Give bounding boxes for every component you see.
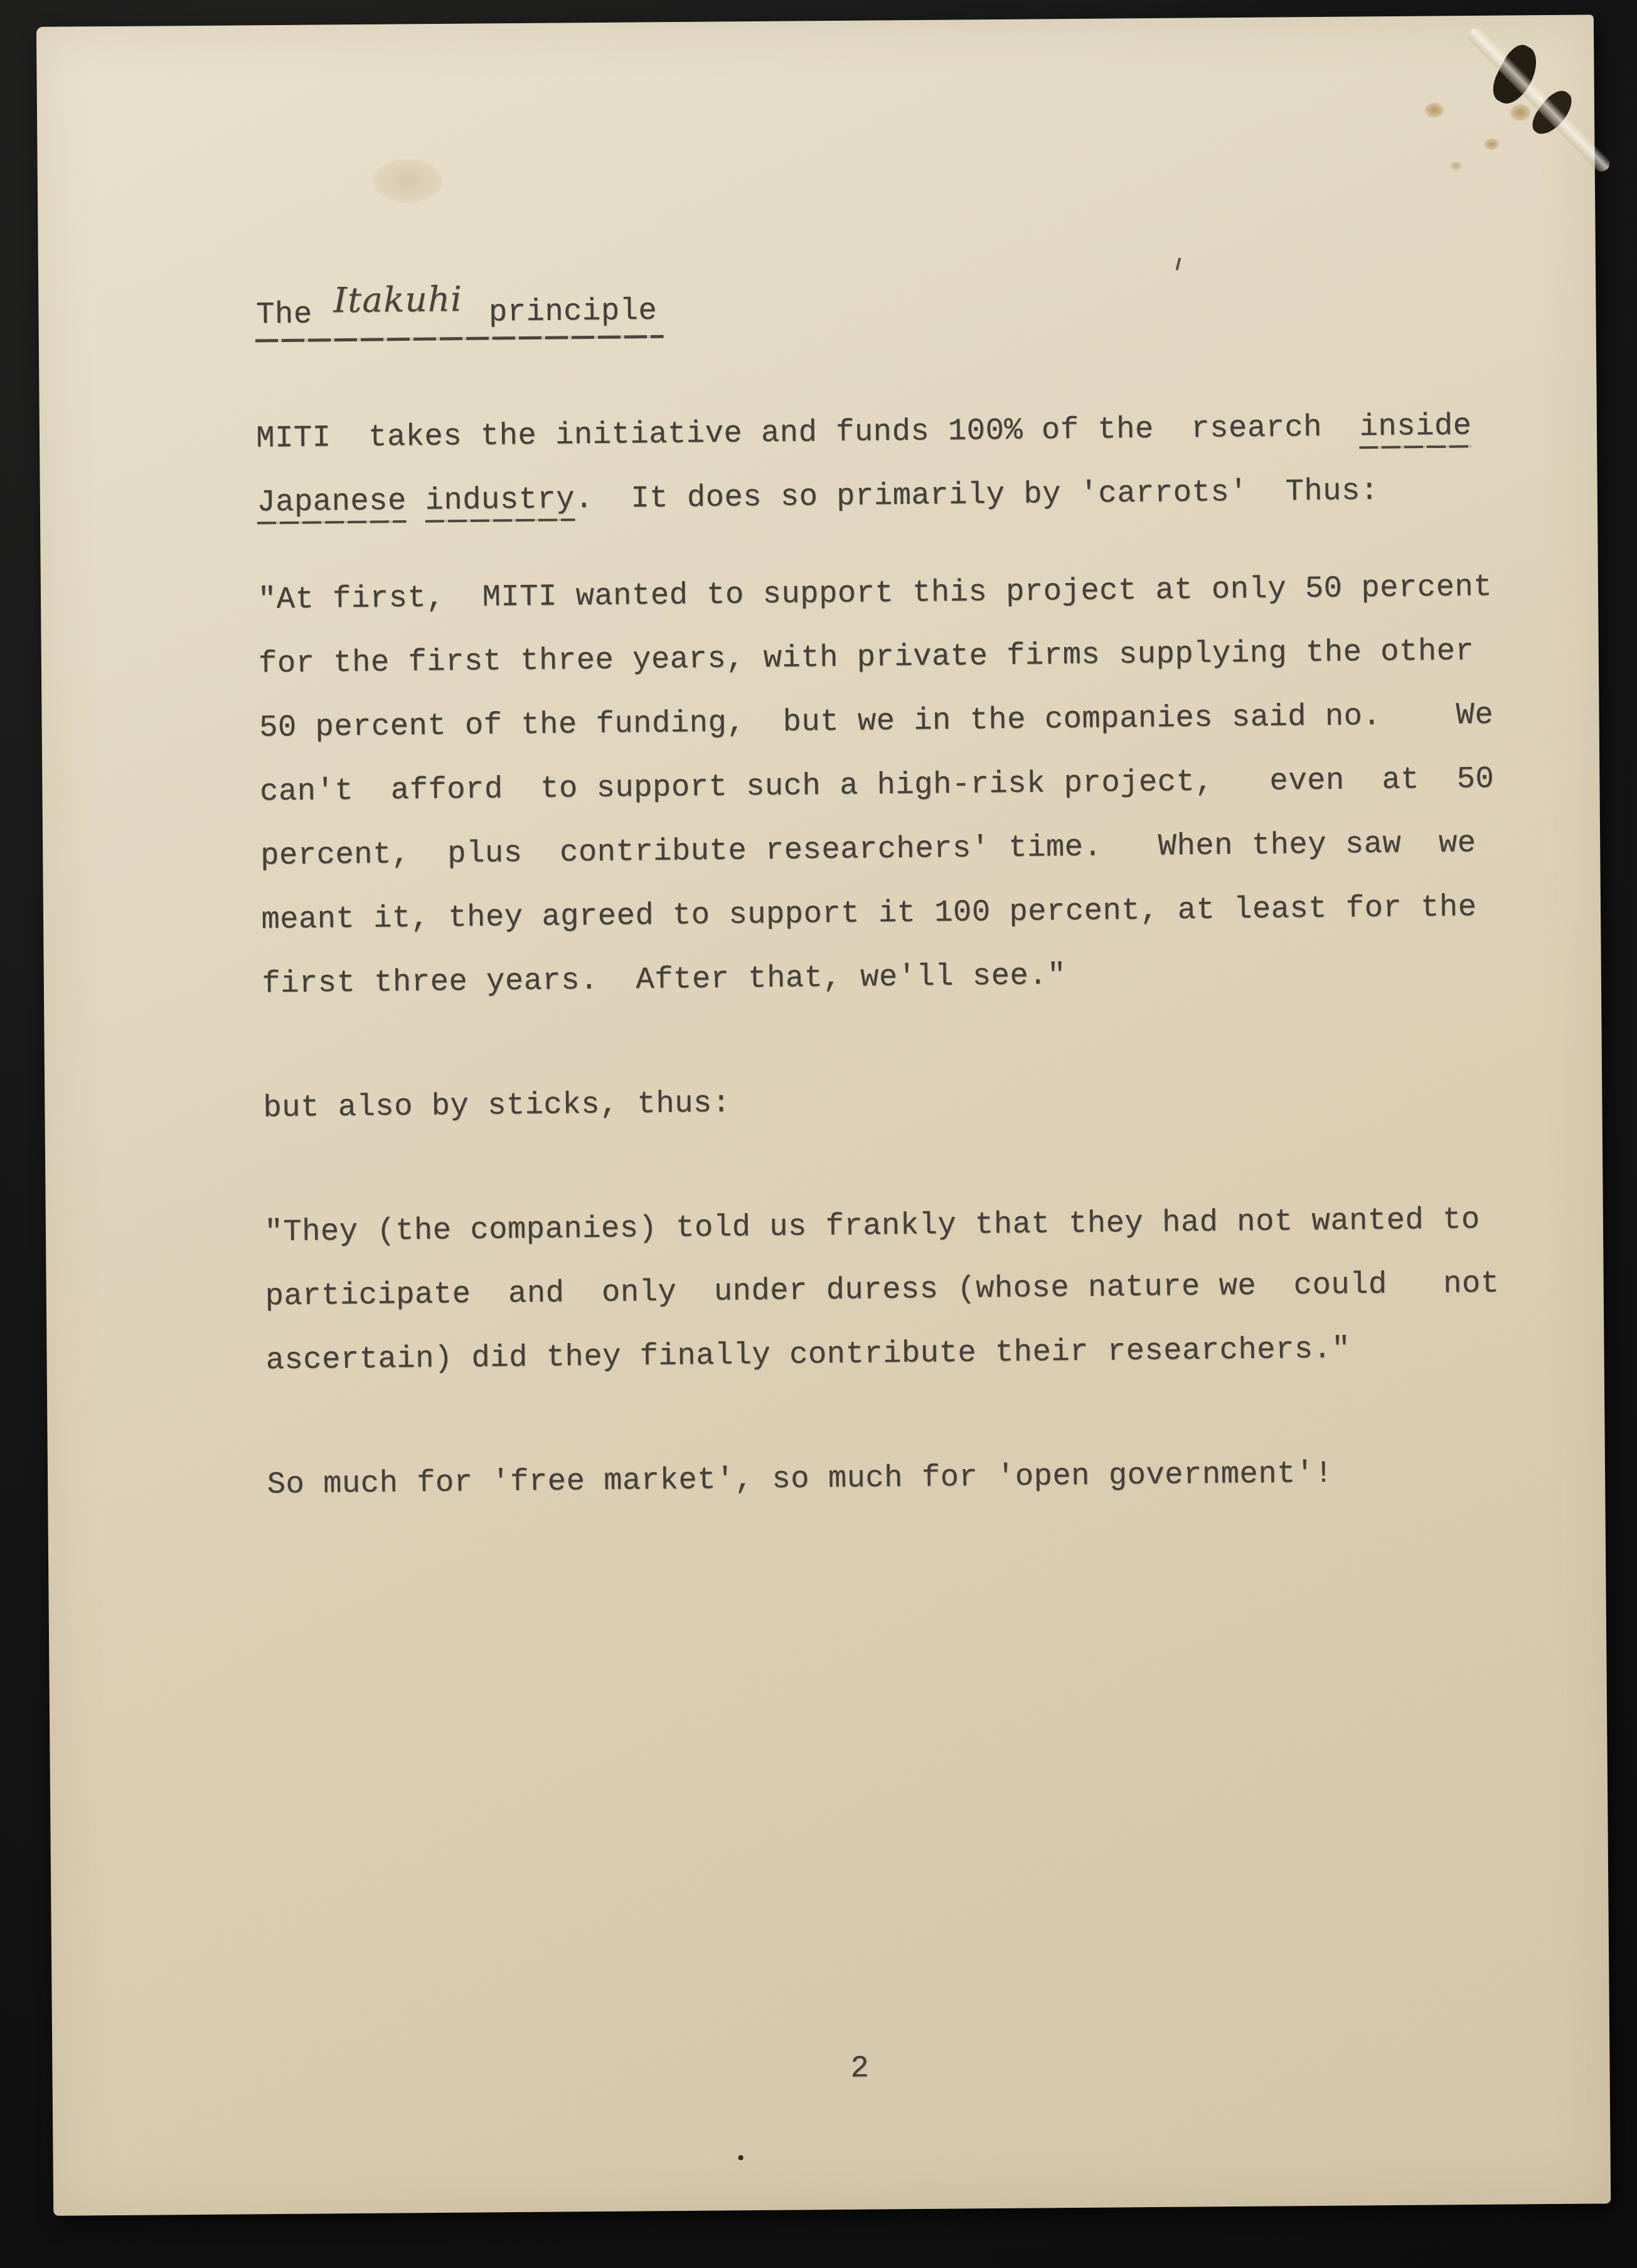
paragraph-quote-carrots: "At first, MITI wanted to support this p… xyxy=(257,555,1517,1016)
ink-speck xyxy=(739,2155,744,2160)
text-segment: So much for 'free market', so much for '… xyxy=(267,1456,1333,1502)
text-segment: . It does so primarily by 'carrots' Thus… xyxy=(575,473,1379,516)
title-word-the: The xyxy=(256,297,312,333)
text-segment: first three years. After that, we'll see… xyxy=(262,958,1066,1001)
text-line: first three years. After that, we'll see… xyxy=(262,939,1517,1016)
text-segment: percent, plus contribute researchers' ti… xyxy=(260,825,1476,873)
text-segment: can't afford to support such a high-risk… xyxy=(260,761,1495,810)
stain-spot xyxy=(1451,161,1462,170)
underlined-text: inside xyxy=(1359,408,1471,449)
text-segment: but also by sticks, thus: xyxy=(263,1086,731,1126)
text-segment: participate and only under duress (whose… xyxy=(265,1266,1500,1314)
text-line: meant it, they agreed to support it 100 … xyxy=(261,875,1517,952)
paragraph-conclusion: So much for 'free market', so much for '… xyxy=(267,1440,1522,1517)
text-segment: "They (the companies) told us frankly th… xyxy=(264,1202,1480,1249)
text-line: So much for 'free market', so much for '… xyxy=(267,1440,1522,1517)
scan-background: { "document": { "page_number": "2", "tit… xyxy=(0,0,1637,2268)
text-segment: "At first, MITI wanted to support this p… xyxy=(258,569,1493,618)
text-segment: ascertain) did they finally contribute t… xyxy=(265,1331,1350,1377)
text-line: but also by sticks, thus: xyxy=(263,1063,1518,1140)
text-line: Japanese industry. It does so primarily … xyxy=(257,457,1512,535)
page-number: 2 xyxy=(850,2036,870,2100)
paragraph-quote-sticks: "They (the companies) told us frankly th… xyxy=(264,1187,1521,1393)
stain-spot xyxy=(1425,102,1444,117)
title-insert-italic: Itakuhi xyxy=(333,282,462,318)
text-segment: MITI takes the initiative and funds 100%… xyxy=(256,409,1360,456)
stain-spot xyxy=(1484,139,1499,150)
title-underline-rule xyxy=(255,335,664,343)
paragraph-intro: MITI takes the initiative and funds 100%… xyxy=(256,393,1512,535)
text-segment: meant it, they agreed to support it 100 … xyxy=(261,889,1477,937)
title-word-principle: principle xyxy=(489,293,658,330)
underlined-text: industry xyxy=(425,481,575,522)
text-line: ascertain) did they finally contribute t… xyxy=(265,1315,1521,1393)
stain-spot xyxy=(1510,104,1530,120)
underlined-text: Japanese xyxy=(257,483,407,524)
text-segment xyxy=(406,483,425,518)
text-segment: for the first three years, with private … xyxy=(259,633,1474,681)
document-title: The Itakuhi principle xyxy=(255,290,664,343)
typewritten-content: The Itakuhi principle MITI takes the ini… xyxy=(33,13,1613,2218)
document-body: MITI takes the initiative and funds 100%… xyxy=(256,393,1522,1517)
text-segment: 50 percent of the funding, but we in the… xyxy=(259,697,1494,746)
paragraph-transition: but also by sticks, thus: xyxy=(263,1063,1518,1140)
document-page: The Itakuhi principle MITI takes the ini… xyxy=(36,14,1611,2215)
